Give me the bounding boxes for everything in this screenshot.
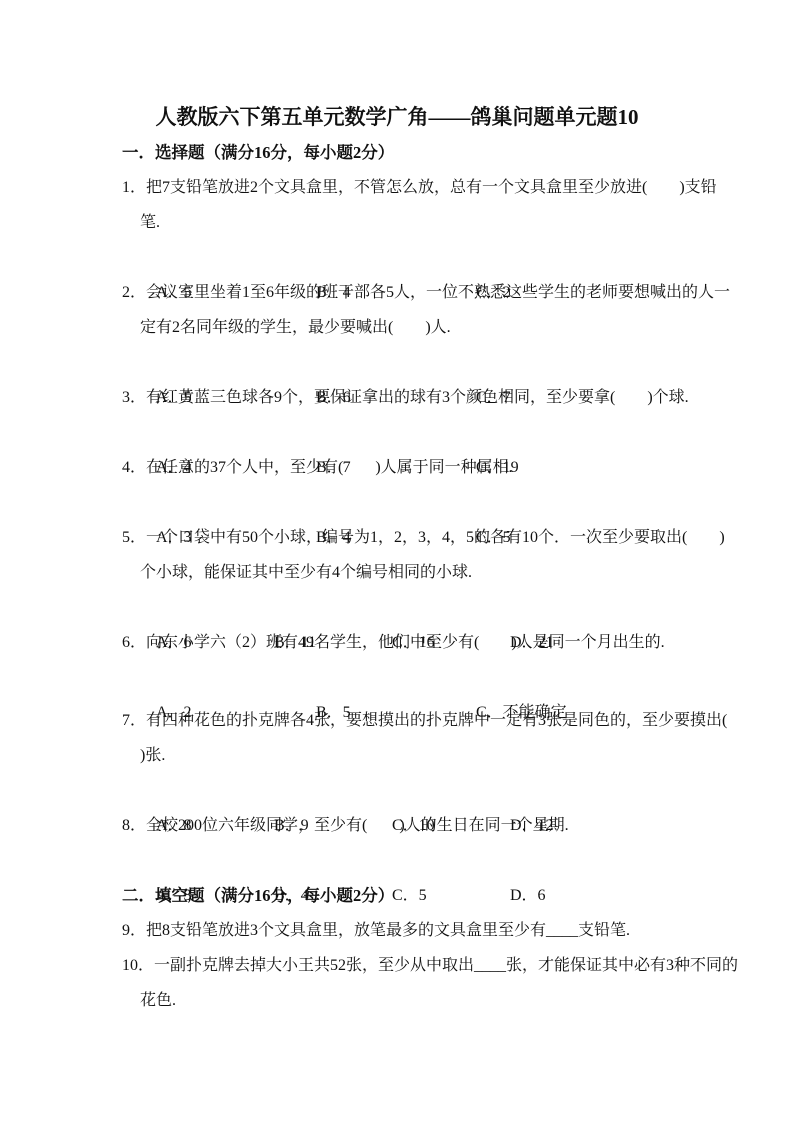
question-7-line-2: )张. (0, 738, 794, 773)
page-title: 人教版六下第五单元数学广角——鸽巢问题单元题10 (0, 100, 794, 135)
question-10-line-2: 花色. (0, 983, 794, 1018)
worksheet-page: 人教版六下第五单元数学广角——鸽巢问题单元题10 一．选择题（满分16分，每小题… (0, 0, 794, 1123)
question-1-line-2: 笔. (0, 205, 794, 240)
question-8-number: 8． (122, 817, 146, 834)
question-3-text: 有红黄蓝三色球各9个，要保证拿出的球有3个颜色相同，至少要拿( )个球. (146, 389, 689, 406)
question-6-options: A．2B．5C．不能确定 (0, 660, 794, 695)
question-5-options: A．6B．11C．16D．21 (0, 590, 794, 625)
question-7-line-1: 7．有四种花色的扑克牌各4张，要想摸出的扑克牌中一定有3张是同色的，至少要摸出( (0, 703, 794, 738)
question-4-line-1: 4．在任意的37个人中，至少有( )人属于同一种属相. (0, 450, 794, 485)
question-8-text: 全校200位六年级同学，至少有( )人的生日在同一个星期. (146, 817, 569, 834)
question-2-text: 会议室里坐着1至6年级的班干部各5人，一位不熟悉这些学生的老师要想喊出的人一 (146, 284, 730, 301)
question-10-line-1: 10．一副扑克牌去掉大小王共52张，至少从中取出____张，才能保证其中必有3种… (0, 948, 794, 983)
question-6-number: 6． (122, 634, 146, 651)
question-9-text: 把8支铅笔放进3个文具盒里，放笔最多的文具盒里至少有____支铅笔. (146, 922, 630, 939)
question-7-number: 7． (122, 712, 146, 729)
question-10-text: 一副扑克牌去掉大小王共52张，至少从中取出____张，才能保证其中必有3种不同的 (154, 957, 738, 974)
question-4-text: 在任意的37个人中，至少有( )人属于同一种属相. (146, 459, 513, 476)
question-6-line-1: 6．向东小学六（2）班有49名学生，他们中至少有( )人是同一个月出生的. (0, 625, 794, 660)
question-6-text: 向东小学六（2）班有49名学生，他们中至少有( )人是同一个月出生的. (146, 634, 665, 651)
question-7-text: 有四种花色的扑克牌各4张，要想摸出的扑克牌中一定有3张是同色的，至少要摸出( (146, 712, 727, 729)
question-4-options: A．3B．4C．5 (0, 485, 794, 520)
question-3-line-1: 3．有红黄蓝三色球各9个，要保证拿出的球有3个颜色相同，至少要拿( )个球. (0, 380, 794, 415)
question-1-options: A．5B．4C．2 (0, 240, 794, 275)
question-2-line-1: 2．会议室里坐着1至6年级的班干部各5人，一位不熟悉这些学生的老师要想喊出的人一 (0, 275, 794, 310)
question-3-options: A．4B．7C．19 (0, 415, 794, 450)
question-2-options: A．5B．6C．7 (0, 345, 794, 380)
question-3-number: 3． (122, 389, 146, 406)
question-8-option-c: C．5 (392, 878, 510, 913)
question-8-option-d: D．6 (510, 878, 628, 913)
question-1-text: 把7支铅笔放进2个文具盒里，不管怎么放，总有一个文具盒里至少放进( )支铅 (146, 179, 717, 196)
question-8-options: A．3B．4C．5D．6 (0, 843, 794, 878)
question-7-options: A．8B．9C．10D．12 (0, 773, 794, 808)
question-8-line-1: 8．全校200位六年级同学，至少有( )人的生日在同一个星期. (0, 808, 794, 843)
question-5-number: 5． (122, 529, 146, 546)
question-2-number: 2． (122, 284, 146, 301)
question-9-line-1: 9．把8支铅笔放进3个文具盒里，放笔最多的文具盒里至少有____支铅笔. (0, 913, 794, 948)
question-2-line-2: 定有2名同年级的学生，最少要喊出( )人. (0, 310, 794, 345)
question-1-number: 1． (122, 179, 146, 196)
question-9-number: 9． (122, 922, 146, 939)
section-1-heading: 一．选择题（满分16分，每小题2分） (0, 135, 794, 170)
question-10-number: 10． (122, 957, 154, 974)
question-5-line-2: 个小球，能保证其中至少有4个编号相同的小球. (0, 555, 794, 590)
question-5-line-1: 5．一个口袋中有50个小球，编号为1，2，3，4，5的各有10个．一次至少要取出… (0, 520, 794, 555)
question-1-line-1: 1．把7支铅笔放进2个文具盒里，不管怎么放，总有一个文具盒里至少放进( )支铅 (0, 170, 794, 205)
question-5-text: 一个口袋中有50个小球，编号为1，2，3，4，5的各有10个．一次至少要取出( … (146, 529, 725, 546)
question-4-number: 4． (122, 459, 146, 476)
